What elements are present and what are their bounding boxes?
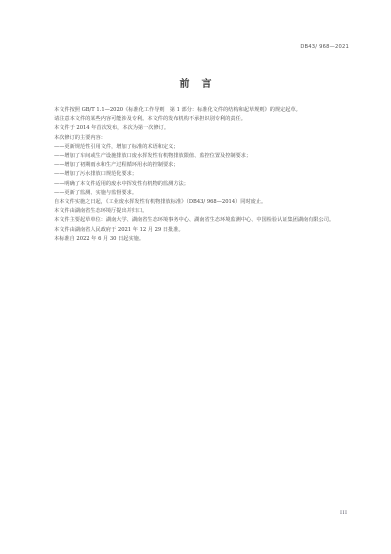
change-item: ——增加了车间或生产设施排放口废水挥发性有机物排放限值、监控位置及控制要求； — [44, 152, 348, 161]
change-item: ——增加了污水排放口规范化要求； — [44, 170, 348, 179]
paragraph: 本文件于 2014 年首次发布，本次为第一次修订。 — [44, 124, 348, 133]
change-item: ——明确了本文件适用的废水中挥发性有机物的监测方法； — [44, 180, 348, 189]
paragraph: 本次修订的主要内容： — [44, 134, 348, 143]
paragraph: 本标准自 2022 年 6 月 30 日起实施。 — [44, 235, 348, 244]
section-title: 前言 — [0, 75, 391, 90]
paragraph: 本文件按照 GB/T 1.1—2020《标准化工作导则 第 1 部分：标准化文件… — [44, 106, 348, 115]
page-number: III — [340, 510, 347, 516]
paragraph: 本文件由湖南省生态环境厅提出并归口。 — [44, 207, 348, 216]
paragraph: 本文件主要起草单位：湖南大学、湖南省生态环境事务中心、湖南省生态环境监测中心、中… — [44, 216, 348, 225]
paragraph: 本文件由湖南省人民政府于 2021 年 12 月 29 日批准。 — [44, 226, 348, 235]
paragraph: 自本文件实施之日起，《工业废水挥发性有机物排放标准》（DB43/ 968—201… — [44, 198, 348, 207]
change-item: ——更新了监测、实施与监督要求。 — [44, 189, 348, 198]
change-item: ——更新规范性引用文件，增加了标准的术语和定义； — [44, 143, 348, 152]
title-char: 言 — [202, 79, 212, 90]
title-char: 前 — [180, 79, 190, 90]
preface-body: 本文件按照 GB/T 1.1—2020《标准化工作导则 第 1 部分：标准化文件… — [44, 106, 348, 244]
paragraph: 请注意本文件的某些内容可能涉及专利。本文件的发布机构不承担识别专利的责任。 — [44, 115, 348, 124]
document-code: DB43/ 968—2021 — [300, 44, 349, 50]
document-page: DB43/ 968—2021 前言 本文件按照 GB/T 1.1—2020《标准… — [0, 0, 391, 554]
change-item: ——增加了初期雨水和生产过程循环用水的控制要求； — [44, 161, 348, 170]
